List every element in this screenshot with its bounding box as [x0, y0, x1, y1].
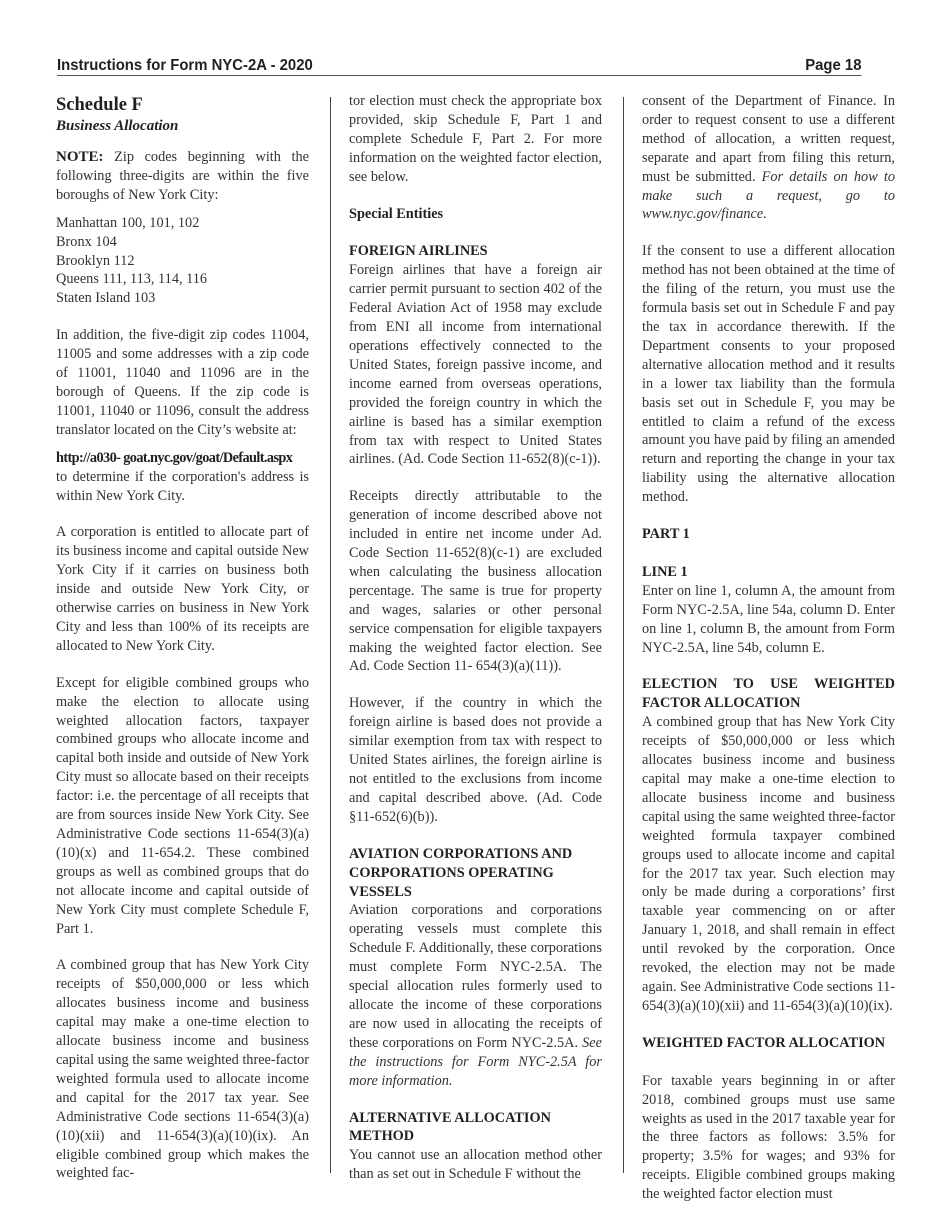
except-paragraph: Except for eligible combined groups who … [56, 674, 309, 939]
weighted-factor-heading: WEIGHTED FACTOR ALLOCATION [642, 1034, 895, 1053]
list-item: Queens 111, 113, 114, 116 [56, 270, 309, 289]
column-1: Schedule F Business Allocation NOTE: Zip… [56, 92, 309, 1183]
line1-paragraph: Enter on line 1, column A, the amount fr… [642, 582, 895, 658]
aviation-heading: AVIATION CORPORATIONS AND CORPORATIONS O… [349, 845, 602, 902]
election-heading: ELECTION TO USE WEIGHTED FACTOR ALLOCATI… [642, 675, 895, 713]
part1-heading: PART 1 [642, 525, 895, 544]
page-header: Instructions for Form NYC-2A - 2020 Page… [57, 56, 861, 76]
column-2: tor election must check the appropriate … [349, 92, 602, 1184]
alternative-allocation-paragraph: You cannot use an allocation method othe… [349, 1146, 602, 1184]
foreign-airlines-paragraph: Foreign airlines that have a foreign air… [349, 261, 602, 469]
list-item: Staten Island 103 [56, 289, 309, 308]
alternative-allocation-heading: ALTERNATIVE ALLOCATION METHOD [349, 1109, 602, 1147]
special-entities-heading: Special Entities [349, 205, 602, 224]
zip-paragraph: In addition, the five-digit zip codes 11… [56, 326, 309, 439]
url-paragraph: http://a030- goat.nyc.gov/goat/Default.a… [56, 449, 309, 506]
note-paragraph: NOTE: Zip codes beginning with the follo… [56, 148, 309, 205]
consent-paragraph: consent of the Department of Finance. In… [642, 92, 895, 224]
if-consent-paragraph: If the consent to use a different alloca… [642, 242, 895, 507]
foreign-airlines-heading: FOREIGN AIRLINES [349, 242, 602, 261]
address-translator-link[interactable]: http://a030- goat.nyc.gov/goat/Default.a… [56, 450, 292, 466]
however-paragraph: However, if the country in which the for… [349, 694, 602, 826]
column-divider [623, 97, 624, 1173]
continued-paragraph: tor election must check the appropriate … [349, 92, 602, 187]
receipts-paragraph: Receipts directly attributable to the ge… [349, 487, 602, 676]
election-paragraph: A combined group that has New York City … [642, 713, 895, 1016]
list-item: Brooklyn 112 [56, 252, 309, 271]
list-item: Manhattan 100, 101, 102 [56, 214, 309, 233]
list-item: Bronx 104 [56, 233, 309, 252]
schedule-title: Schedule F [56, 94, 309, 116]
aviation-paragraph: Aviation corporations and corporations o… [349, 901, 602, 1090]
borough-zip-list: Manhattan 100, 101, 102 Bronx 104 Brookl… [56, 214, 309, 309]
note-label: NOTE: [56, 149, 104, 165]
weighted-factor-paragraph: For taxable years beginning in or after … [642, 1072, 895, 1204]
column-3: consent of the Department of Finance. In… [642, 92, 895, 1204]
schedule-subtitle: Business Allocation [56, 116, 309, 136]
combined-group-paragraph: A combined group that has New York City … [56, 956, 309, 1183]
page-number: Page 18 [805, 57, 861, 74]
entitled-paragraph: A corporation is entitled to allocate pa… [56, 523, 309, 655]
column-divider [330, 97, 331, 1173]
document-title: Instructions for Form NYC-2A - 2020 [57, 57, 313, 74]
line1-heading: LINE 1 [642, 563, 895, 582]
